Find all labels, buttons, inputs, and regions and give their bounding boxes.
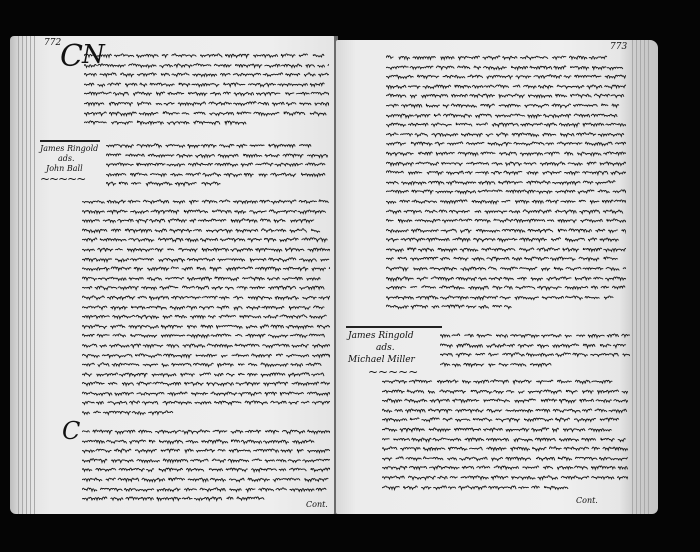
handwritten-line [386,273,626,283]
handwritten-line [386,253,626,263]
handwritten-line [386,71,626,81]
handwritten-line [440,330,630,340]
margin-note-case-title: James Ringold ads. John Ball ~~~~~ [40,144,100,184]
handwritten-line [386,263,626,273]
handwritten-line [382,424,628,434]
paragraph-2-text [440,330,630,368]
left-page: 772 C N James Ringold ads. John Ball ~~~… [10,36,335,514]
handwritten-line [82,282,330,292]
handwritten-line [82,225,330,235]
handwritten-line [386,52,626,62]
handwritten-line [386,215,626,225]
handwritten-line [382,443,628,453]
margin-plaintiff: James Ringold [348,330,438,342]
handwritten-line [386,100,626,110]
handwritten-line [386,110,626,120]
handwritten-line [440,359,630,369]
handwritten-line [106,169,328,179]
handwritten-line [82,426,330,436]
handwritten-line [84,50,329,60]
handwritten-line [382,462,628,472]
paragraph-mark: C [60,42,83,72]
handwritten-line [82,493,330,503]
handwritten-line [382,386,628,396]
handwritten-line [386,186,626,196]
handwritten-line [82,340,330,350]
handwritten-line [106,178,328,188]
margin-flourish: ~~~~~ [40,174,100,184]
page-number-right: 773 [610,42,627,52]
handwritten-line [382,434,628,444]
handwritten-line [386,177,626,187]
handwritten-line [106,159,328,169]
catchword-right: Cont. [576,496,598,505]
handwritten-line [386,244,626,254]
handwritten-line [386,119,626,129]
handwritten-line [386,167,626,177]
handwritten-line [382,414,628,424]
page-edge-stack [16,36,36,514]
handwritten-line [84,88,329,98]
handwritten-line [82,369,330,379]
handwritten-line [382,482,628,492]
handwritten-line [82,215,330,225]
handwritten-line [84,69,329,79]
paragraph-mark-2: C [62,416,80,446]
handwritten-line [386,301,626,311]
margin-ads: ads. [40,154,100,164]
margin-rule [346,326,442,328]
handwritten-line [82,464,330,474]
handwritten-line [386,282,626,292]
margin-note-case-title: James Ringold ads. Michael Miller ~~~~~ [348,330,438,378]
handwritten-line [82,292,330,302]
handwritten-line [82,302,330,312]
paragraph-1-text [386,52,626,311]
handwritten-line [386,81,626,91]
paragraph-3-text [82,196,330,417]
handwritten-line [82,445,330,455]
handwritten-line [382,395,628,405]
handwritten-line [440,340,630,350]
handwritten-line [82,436,330,446]
catchword-left: Cont. [306,500,328,509]
handwritten-line [440,349,630,359]
handwritten-line [84,60,329,70]
paragraph-2-text [106,140,328,188]
handwritten-line [82,196,330,206]
handwritten-line [386,196,626,206]
handwritten-line [82,330,330,340]
page-edge-stack [630,40,652,514]
handwritten-line [82,254,330,264]
handwritten-line [84,79,329,89]
handwritten-line [82,455,330,465]
handwritten-line [106,150,328,160]
handwritten-line [82,321,330,331]
handwritten-line [82,273,330,283]
handwritten-line [382,472,628,482]
handwritten-line [82,474,330,484]
handwritten-line [82,311,330,321]
handwritten-line [82,234,330,244]
handwritten-line [82,206,330,216]
handwritten-line [106,140,328,150]
handwritten-line [386,148,626,158]
handwritten-line [84,117,329,127]
paragraph-1-text [84,50,329,127]
handwritten-line [386,62,626,72]
handwritten-line [82,388,330,398]
handwritten-line [386,292,626,302]
handwritten-line [84,98,329,108]
page-number-left: 772 [44,38,61,48]
handwritten-line [386,129,626,139]
handwritten-line [386,225,626,235]
handwritten-line [386,158,626,168]
handwritten-line [82,407,330,417]
handwritten-line [386,138,626,148]
handwritten-line [82,397,330,407]
handwritten-line [82,359,330,369]
paragraph-4-text [82,426,330,503]
handwritten-line [84,108,329,118]
handwritten-line [386,90,626,100]
handwritten-line [382,453,628,463]
handwritten-line [82,263,330,273]
handwritten-line [386,206,626,216]
handwritten-line [82,484,330,494]
margin-plaintiff: James Ringold [40,144,100,154]
margin-rule [40,140,100,142]
handwritten-line [82,244,330,254]
paragraph-3-text [382,376,628,491]
handwritten-line [382,405,628,415]
right-page: 773 James Ringold ads. Michael Miller ~~… [336,40,658,514]
handwritten-line [82,350,330,360]
handwritten-line [386,234,626,244]
handwritten-line [82,378,330,388]
handwritten-line [382,376,628,386]
margin-ads: ads. [348,342,438,354]
